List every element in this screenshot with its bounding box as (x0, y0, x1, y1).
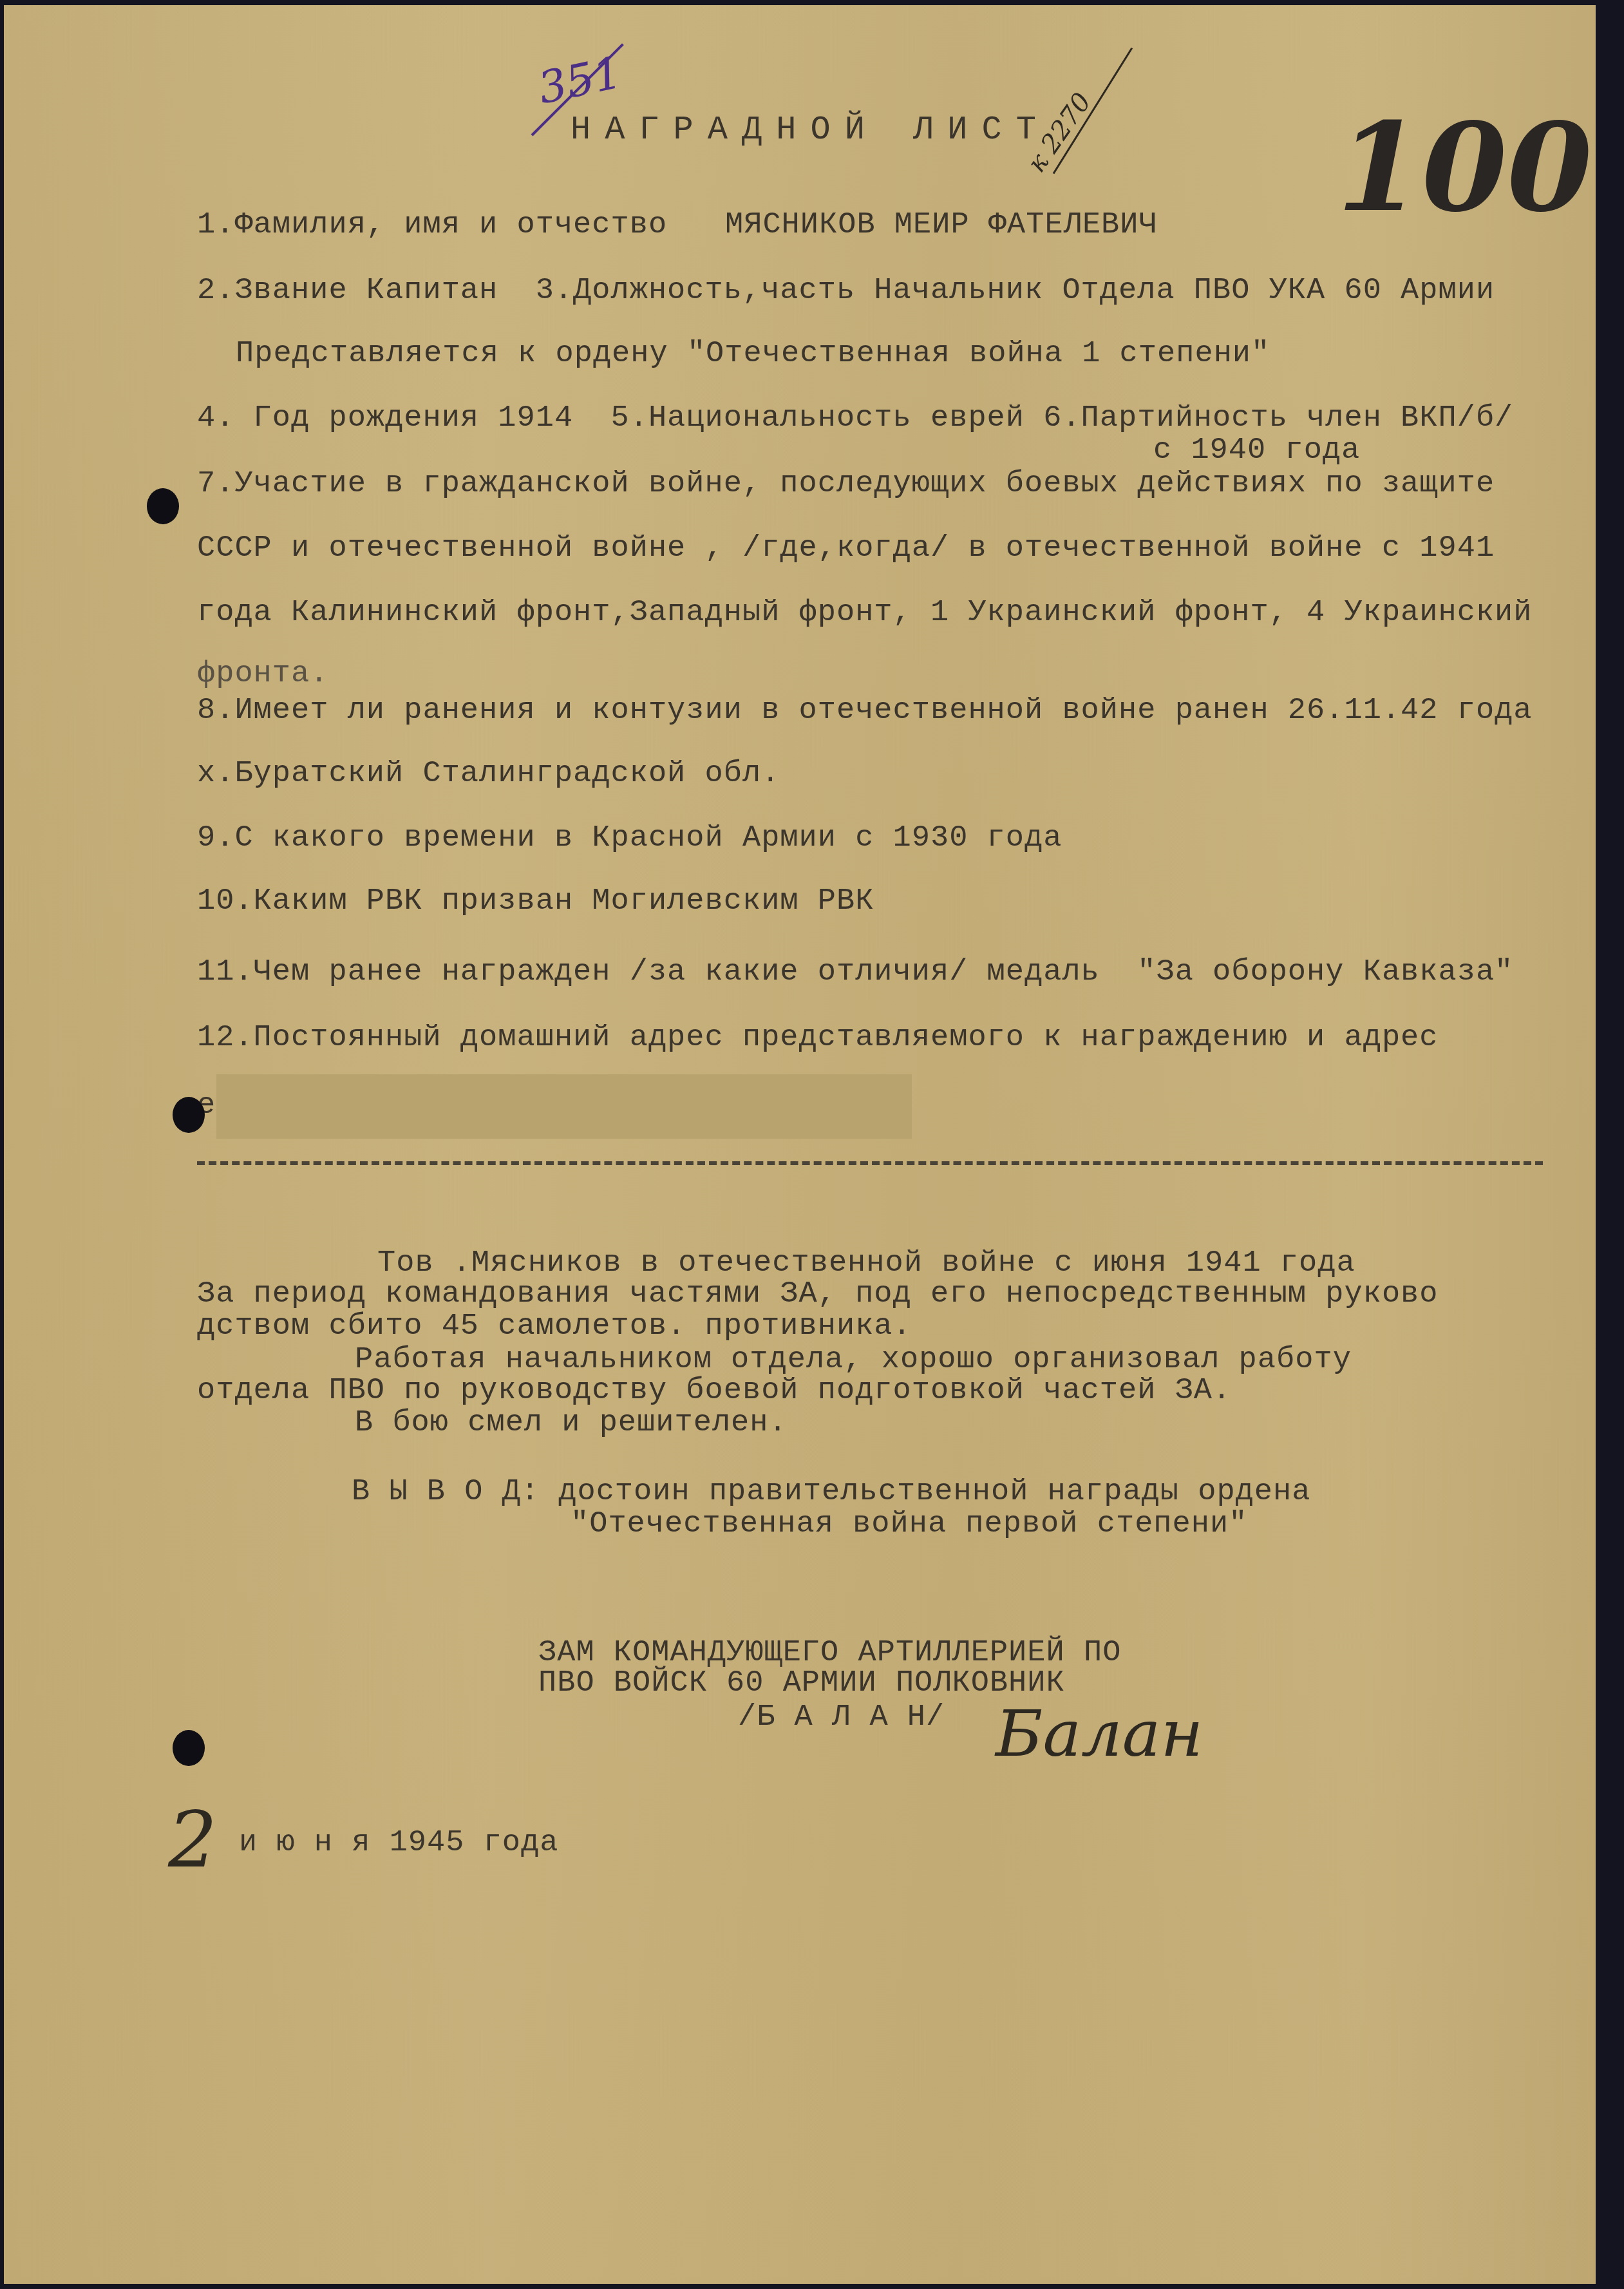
punch-hole-3 (173, 1730, 205, 1766)
punch-hole-2 (173, 1097, 205, 1133)
award-nominated: Представляется к ордену "Отечественная в… (236, 339, 1270, 369)
narrative-line-2: За период командования частями ЗА, под е… (197, 1279, 1439, 1309)
award-sheet-paper: 351 НАГРАДНОЙ ЛИСТ к 2270 100 1.Фамилия,… (4, 5, 1596, 2284)
conclusion-line-2: "Отечественная война первой степени" (571, 1509, 1247, 1539)
date-month-year: и ю н я 1945 года (239, 1828, 558, 1858)
date-day-handwritten: 2 (168, 1796, 217, 1885)
redacted-address (216, 1074, 912, 1139)
narrative-line-4: Работая начальником отдела, хорошо орган… (355, 1345, 1352, 1375)
field-4-5-6: 4. Год рождения 1914 5.Национальность ев… (197, 403, 1513, 433)
narrative-line-3: дством сбито 45 самолетов. противника. (197, 1311, 912, 1342)
field-7-line-1: 7.Участие в гражданской войне, последующ… (197, 469, 1495, 499)
signatory-name: /Б А Л А Н/ (738, 1702, 945, 1733)
narrative-line-6: В бою смел и решителен. (355, 1408, 788, 1438)
field-1-label: 1.Фамилия, имя и отчество (197, 210, 667, 240)
field-6-party-since: с 1940 года (1153, 435, 1360, 466)
field-7-line-2: СССР и отечественной войне , /где,когда/… (197, 533, 1495, 564)
field-7-line-3: года Калининский фронт,Западный фронт, 1… (197, 598, 1533, 628)
field-11-prior-awards: 11.Чем ранее награжден /за какие отличия… (197, 957, 1513, 987)
narrative-line-1: Тов .Мясников в отечественной войне с ию… (377, 1248, 1355, 1278)
handwritten-signature: Балан (996, 1696, 1203, 1771)
separator-line (197, 1161, 1543, 1165)
field-8-line-1: 8.Имеет ли ранения и контузии в отечеств… (197, 696, 1533, 726)
field-1-name-value: МЯСНИКОВ МЕИР ФАТЕЛЕВИЧ (725, 210, 1158, 240)
archive-number: 351 (534, 47, 626, 114)
document-title: НАГРАДНОЙ ЛИСТ (571, 113, 1050, 147)
field-7-line-4: фронта. (197, 659, 328, 689)
narrative-line-5: отдела ПВО по руководству боевой подгото… (197, 1376, 1231, 1406)
field-12-line-1: 12.Постоянный домашний адрес представляе… (197, 1023, 1439, 1053)
punch-hole-1 (147, 488, 179, 524)
signatory-title-2: ПВО ВОЙСК 60 АРМИИ ПОЛКОВНИК (538, 1668, 1065, 1698)
field-9-service-start: 9.С какого времени в Красной Армии с 193… (197, 823, 1062, 853)
field-2-3-rank-position: 2.Звание Капитан 3.Должность,часть Начал… (197, 276, 1495, 306)
conclusion-line-1: В Ы В О Д: достоин правительственной наг… (352, 1477, 1310, 1507)
field-8-line-2: х.Буратский Сталинградской обл. (197, 759, 780, 789)
folio-number: 100 (1337, 95, 1592, 239)
signatory-title-1: ЗАМ КОМАНДУЮЩЕГО АРТИЛЛЕРИЕЙ ПО (538, 1638, 1121, 1668)
field-10-draft-office: 10.Каким РВК призван Могилевским РВК (197, 886, 874, 917)
